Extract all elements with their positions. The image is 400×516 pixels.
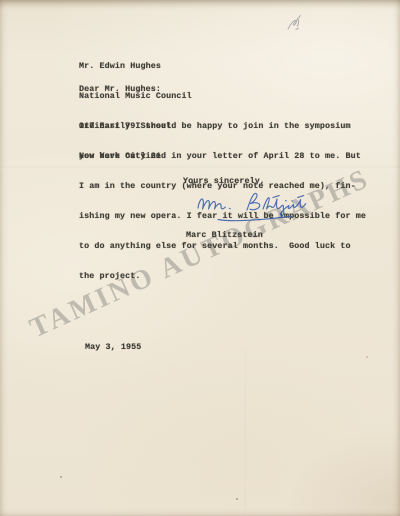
recipient-line: Mr. Edwin Hughes xyxy=(79,61,192,71)
paper-speck xyxy=(366,356,368,358)
scanned-letter-page: { "page": { "watermark": "TAMINO AUTOGRA… xyxy=(0,0,400,516)
letter-page: TAMINO AUTOGRAPHS Mr. Edwin Hughes Natio… xyxy=(0,0,400,516)
body-line: to do anything else for several months. … xyxy=(79,241,366,251)
pencil-mark-icon xyxy=(284,10,310,38)
paper-speck xyxy=(60,476,62,478)
typed-sender-name: Marc Blitzstein xyxy=(186,230,263,240)
date-line: May 3, 1955 xyxy=(85,342,141,352)
paper-speck xyxy=(236,498,238,500)
body-line: the project. xyxy=(79,271,366,281)
closing-line: Yours sincerely, xyxy=(183,176,265,186)
handwritten-signature xyxy=(190,186,330,226)
salutation: Dear Mr. Hughes: xyxy=(79,84,161,94)
paper-crease-vertical xyxy=(245,350,247,516)
body-line: you have outlined in your letter of Apri… xyxy=(79,151,366,161)
body-line: Ordinarily I should be happy to join in … xyxy=(79,121,366,131)
